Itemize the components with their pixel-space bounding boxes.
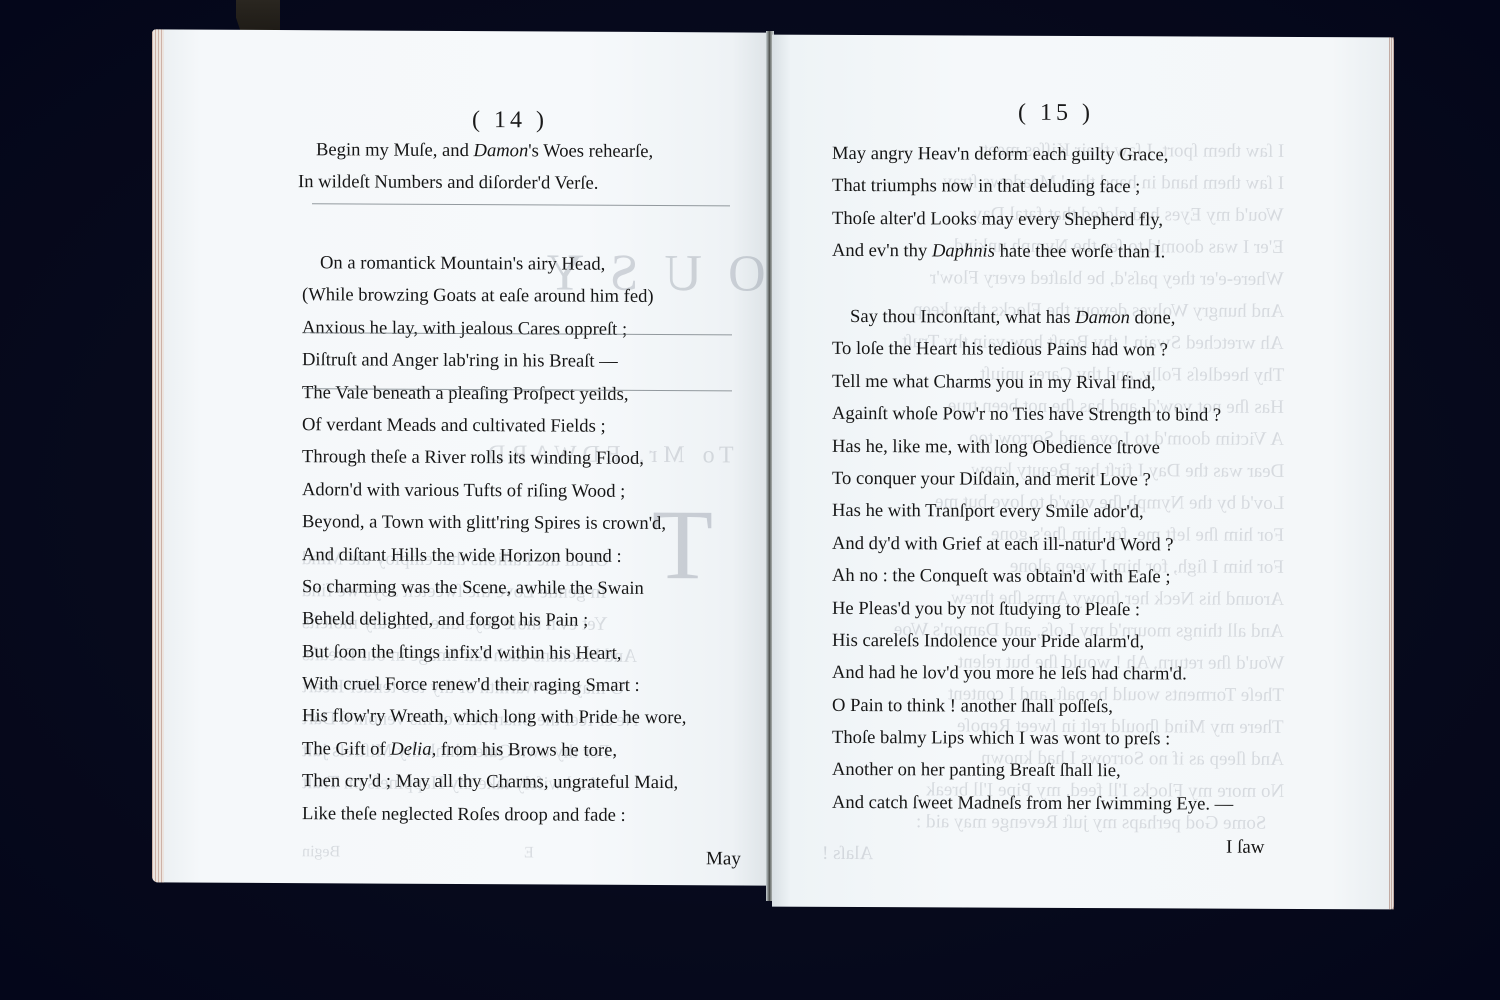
verse-line: So charming was the Scene, awhile the Sw… [302,571,686,605]
verse-line: Adorn'd with various Tufts of riſing Woo… [302,474,686,508]
verse-line: May angry Heav'n deform each guilty Grac… [832,138,1168,172]
verse-line: Diſtruſt and Anger lab'ring in his Breaſ… [302,344,686,378]
right-page: I ſaw them ſport, I ſaw their Kiſſes mee… [772,35,1394,910]
stanza-1: May angry Heav'n deform each guilty Grac… [832,138,1168,269]
verse-line: That triumphs now in that deluding face … [832,170,1168,204]
verse-line: The Gift of Delia, from his Brows he tor… [302,733,686,767]
verse-line: Thoſe alter'd Looks may every Shepherd f… [832,203,1168,237]
catchword: May [706,848,741,870]
verse-line: And ev'n thy Daphnis hate thee worſe tha… [832,235,1168,269]
verse-line: Another on her panting Breaſt ſhall lie, [832,754,1233,788]
verse-line: With cruel Force renew'd their raging Sm… [302,668,686,702]
verse-line: To conquer your Diſdain, and merit Love … [832,463,1233,497]
verse-line: And catch ſweet Madneſs from her ſwimmin… [832,787,1233,821]
verse-line: And dy'd with Grief at each ill-natur'd … [832,528,1233,562]
verse-line: (While browzing Goats at eaſe around him… [302,280,686,314]
verse-line: To loſe the Heart his tedious Pains had … [832,333,1233,367]
stanza-1: Begin my Muſe, and Damon's Woes rehearſe… [298,134,653,201]
verse-line: On a romantick Mountain's airy Head, [302,247,686,281]
stanza-2: On a romantick Mountain's airy Head, (Wh… [302,247,686,832]
verse-line: Through theſe a River rolls its winding … [302,442,686,476]
show-through-footer: Alaſs ! [822,843,873,865]
verse-line: Begin my Muſe, and Damon's Woes rehearſe… [298,134,653,168]
stanza-2: Say thou Inconſtant, what has Damon done… [832,301,1233,821]
folio-text: ( 15 ) [1018,100,1094,126]
verse-line: Say thou Inconſtant, what has Damon done… [832,301,1233,335]
verse-line: His flow'ry Wreath, which long with Prid… [302,701,686,735]
verse-line: Of verdant Meads and cultivated Fields ; [302,409,686,443]
left-page: JEALOUSY To Mr. EDWARD T Of all the Paſſ… [152,29,769,885]
verse-line: Againſt whoſe Pow'r no Ties have Strengt… [832,398,1233,432]
verse-line: And had he lov'd you more he leſs had ch… [832,657,1233,691]
verse-line: Has he, like me, with long Obedience ſtr… [832,430,1233,464]
catchword: I ſaw [1226,837,1265,859]
verse-line: And diſtant Hills the wide Horizon bound… [302,539,686,573]
page-number-14: ( 14 ) [472,107,548,134]
verse-line: His careleſs Indolence your Pride alarm'… [832,625,1233,659]
verse-line: Tell me what Charms you in my Rival find… [832,366,1233,400]
verse-line: The Vale beneath a pleaſing Proſpect yei… [302,377,686,411]
show-through-footer: Begin [302,843,340,861]
folio-text: ( 14 ) [472,107,548,133]
show-through-line: Where-e'er they paſs'd, be blaſted every… [930,267,1284,291]
verse-line: But ſoon the ſtings infix'd within his H… [302,636,686,670]
verse-line: Then cry'd ; May all thy Charms, ungrate… [302,765,686,799]
page-number-15: ( 15 ) [1018,100,1094,127]
verse-line: Like theſe neglected Roſes droop and fad… [302,798,686,832]
verse-line: Thoſe balmy Lips which I was wont to pre… [832,722,1233,756]
ruled-line [312,203,730,206]
verse-line: In wildeſt Numbers and diſorder'd Verſe. [298,167,653,201]
show-through-signature: E [524,844,534,862]
verse-line: Ah no : the Conqueſt was obtain'd with E… [832,560,1233,594]
verse-line: Beheld delighted, and forgot his Pain ; [302,603,686,637]
verse-line: Anxious he lay, with jealous Cares oppre… [302,312,686,346]
verse-line: He Pleas'd you by not ſtudying to Pleaſe… [832,592,1233,626]
verse-line: Has he with Tranſport every Smile ador'd… [832,495,1233,529]
verse-line: Beyond, a Town with glitt'ring Spires is… [302,506,686,540]
verse-line: O Pain to think ! another ſhall poſſeſs, [832,690,1233,724]
